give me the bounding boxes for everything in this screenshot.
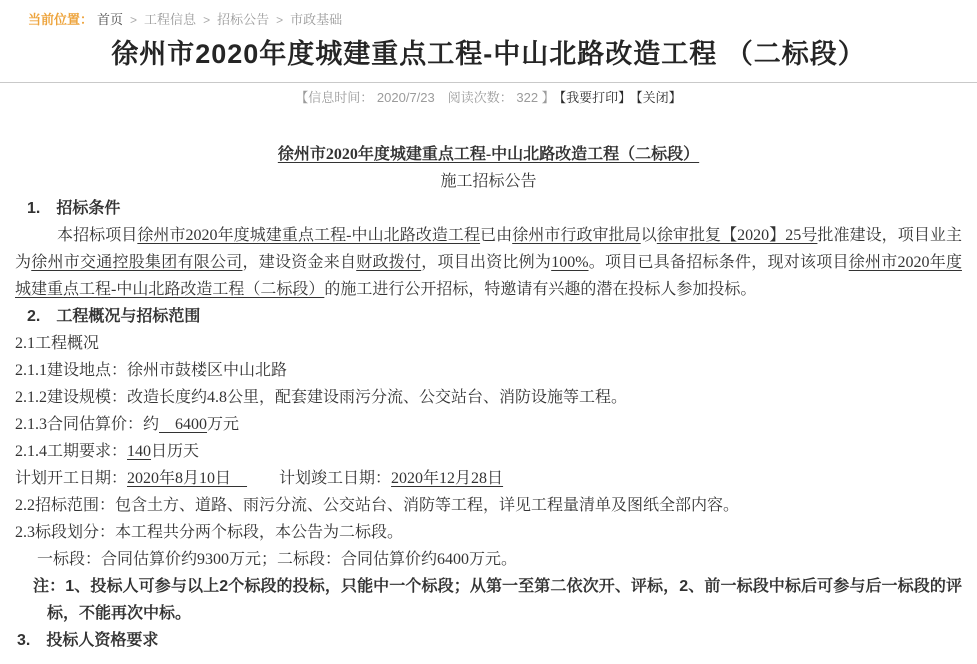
- meta-bar: 【信息时间： 2020/7/23 阅读次数： 322 】【我要打印】【关闭】: [0, 89, 977, 107]
- text: 3. 投标人资格要求: [17, 632, 158, 649]
- section-3-heading: 3. 投标人资格要求: [15, 627, 962, 654]
- text: 。项目已具备招标条件，现对该项目: [589, 254, 849, 271]
- text: 本招标项目: [57, 227, 137, 244]
- print-button[interactable]: 【我要打印】: [560, 90, 632, 105]
- text: 以: [641, 227, 657, 244]
- underlined-text: 100%: [551, 254, 588, 271]
- section-2-heading: 2. 工程概况与招标范围: [15, 303, 962, 330]
- underlined-text: 6400: [159, 416, 207, 433]
- section-1-heading: 1. 招标条件: [15, 195, 962, 222]
- underlined-text: 财政拨付: [356, 254, 421, 271]
- underlined-text: 徐审批复【2020】25号: [657, 227, 818, 244]
- doc-subtitle: 施工招标公告: [15, 168, 962, 195]
- breadcrumb-label: 当前位置：: [28, 12, 93, 27]
- doc-title: 徐州市2020年度城建重点工程-中山北路改造工程（二标段）: [15, 141, 962, 168]
- text: 2.3标段划分：本工程共分两个标段，本公告为二标段。: [15, 524, 403, 541]
- text: 2.1工程概况: [15, 335, 99, 352]
- breadcrumb-separator: >: [203, 13, 210, 27]
- sections-estimate: 一标段：合同估算价约9300万元；二标段：合同估算价约6400万元。: [15, 546, 962, 573]
- underlined-text: 徐州市行政审批局: [512, 227, 641, 244]
- text: ，项目出资比例为: [421, 254, 551, 271]
- text: 计划竣工日期：: [247, 470, 391, 487]
- text: 万元: [207, 416, 239, 433]
- text: 一标段：合同估算价约9300万元；二标段：合同估算价约6400万元。: [37, 551, 517, 568]
- text: 日历天: [151, 443, 199, 460]
- announcement-body: 徐州市2020年度城建重点工程-中山北路改造工程（二标段）施工招标公告1. 招标…: [0, 107, 977, 654]
- text: 计划开工日期：: [15, 470, 127, 487]
- clause-2-1-4: 2.1.4工期要求：140日历天: [15, 438, 962, 465]
- text: 2.1.4工期要求：: [15, 443, 127, 460]
- text: 2. 工程概况与招标范围: [27, 308, 200, 325]
- text: 注：1、投标人可参与以上2个标段的投标，只能中一个标段；从第一至第二依次开、评标…: [33, 578, 962, 622]
- schedule-dates: 计划开工日期：2020年8月10日 计划竣工日期：2020年12月28日: [15, 465, 962, 492]
- info-time-readcount: 【信息时间： 2020/7/23 阅读次数： 322 】: [295, 90, 554, 105]
- breadcrumb-separator: >: [276, 13, 283, 27]
- clause-2-1-1: 2.1.1建设地点：徐州市鼓楼区中山北路: [15, 357, 962, 384]
- text: 2.1.1建设地点：徐州市鼓楼区中山北路: [15, 362, 287, 379]
- breadcrumb-item-municipal-infra[interactable]: 市政基础: [290, 12, 342, 27]
- text: 2.1.2建设规模：改造长度约4.8公里，配套建设雨污分流、公交站台、消防设施等…: [15, 389, 627, 406]
- underlined-text: 徐州市交通控股集团有限公司: [31, 254, 242, 271]
- underlined-text: 2020年12月28日: [391, 470, 503, 487]
- text: 1. 招标条件: [27, 200, 120, 217]
- clause-2-1-3: 2.1.3合同估算价：约 6400万元: [15, 411, 962, 438]
- underlined-text: 徐州市2020年度城建重点工程-中山北路改造工程: [137, 227, 480, 244]
- section-1-paragraph: 本招标项目徐州市2020年度城建重点工程-中山北路改造工程已由徐州市行政审批局以…: [15, 222, 962, 303]
- note: 注：1、投标人可参与以上2个标段的投标，只能中一个标段；从第一至第二依次开、评标…: [15, 573, 962, 627]
- text: 2.2招标范围：包含土方、道路、雨污分流、公交站台、消防等工程，详见工程量清单及…: [15, 497, 739, 514]
- clause-2-3: 2.3标段划分：本工程共分两个标段，本公告为二标段。: [15, 519, 962, 546]
- text: ，建设资金来自: [242, 254, 356, 271]
- text: 的施工进行公开招标，特邀请有兴趣的潜在投标人参加投标。: [324, 281, 756, 298]
- announcement-lines: 徐州市2020年度城建重点工程-中山北路改造工程（二标段）施工招标公告1. 招标…: [15, 141, 962, 654]
- clause-2-1: 2.1工程概况: [15, 330, 962, 357]
- underlined-text: 徐州市2020年度城建重点工程-中山北路改造工程（二标段）: [278, 146, 699, 163]
- text: 施工招标公告: [440, 173, 536, 190]
- clause-2-2: 2.2招标范围：包含土方、道路、雨污分流、公交站台、消防等工程，详见工程量清单及…: [15, 492, 962, 519]
- underlined-text: 140: [127, 443, 151, 460]
- text: 2.1.3合同估算价：约: [15, 416, 159, 433]
- page-title: 徐州市2020年度城建重点工程-中山北路改造工程 （二标段）: [20, 36, 957, 72]
- breadcrumb-separator: >: [130, 13, 137, 27]
- breadcrumb: 当前位置：首页>工程信息>招标公告>市政基础: [0, 0, 977, 29]
- underlined-text: 2020年8月10日: [127, 470, 247, 487]
- breadcrumb-item-home[interactable]: 首页: [97, 12, 123, 27]
- title-divider: [0, 82, 977, 83]
- close-button[interactable]: 【关闭】: [636, 90, 682, 105]
- clause-2-1-2: 2.1.2建设规模：改造长度约4.8公里，配套建设雨污分流、公交站台、消防设施等…: [15, 384, 962, 411]
- text: 已由: [480, 227, 512, 244]
- breadcrumb-item-project-info[interactable]: 工程信息: [144, 12, 196, 27]
- breadcrumb-item-tender-notice[interactable]: 招标公告: [217, 12, 269, 27]
